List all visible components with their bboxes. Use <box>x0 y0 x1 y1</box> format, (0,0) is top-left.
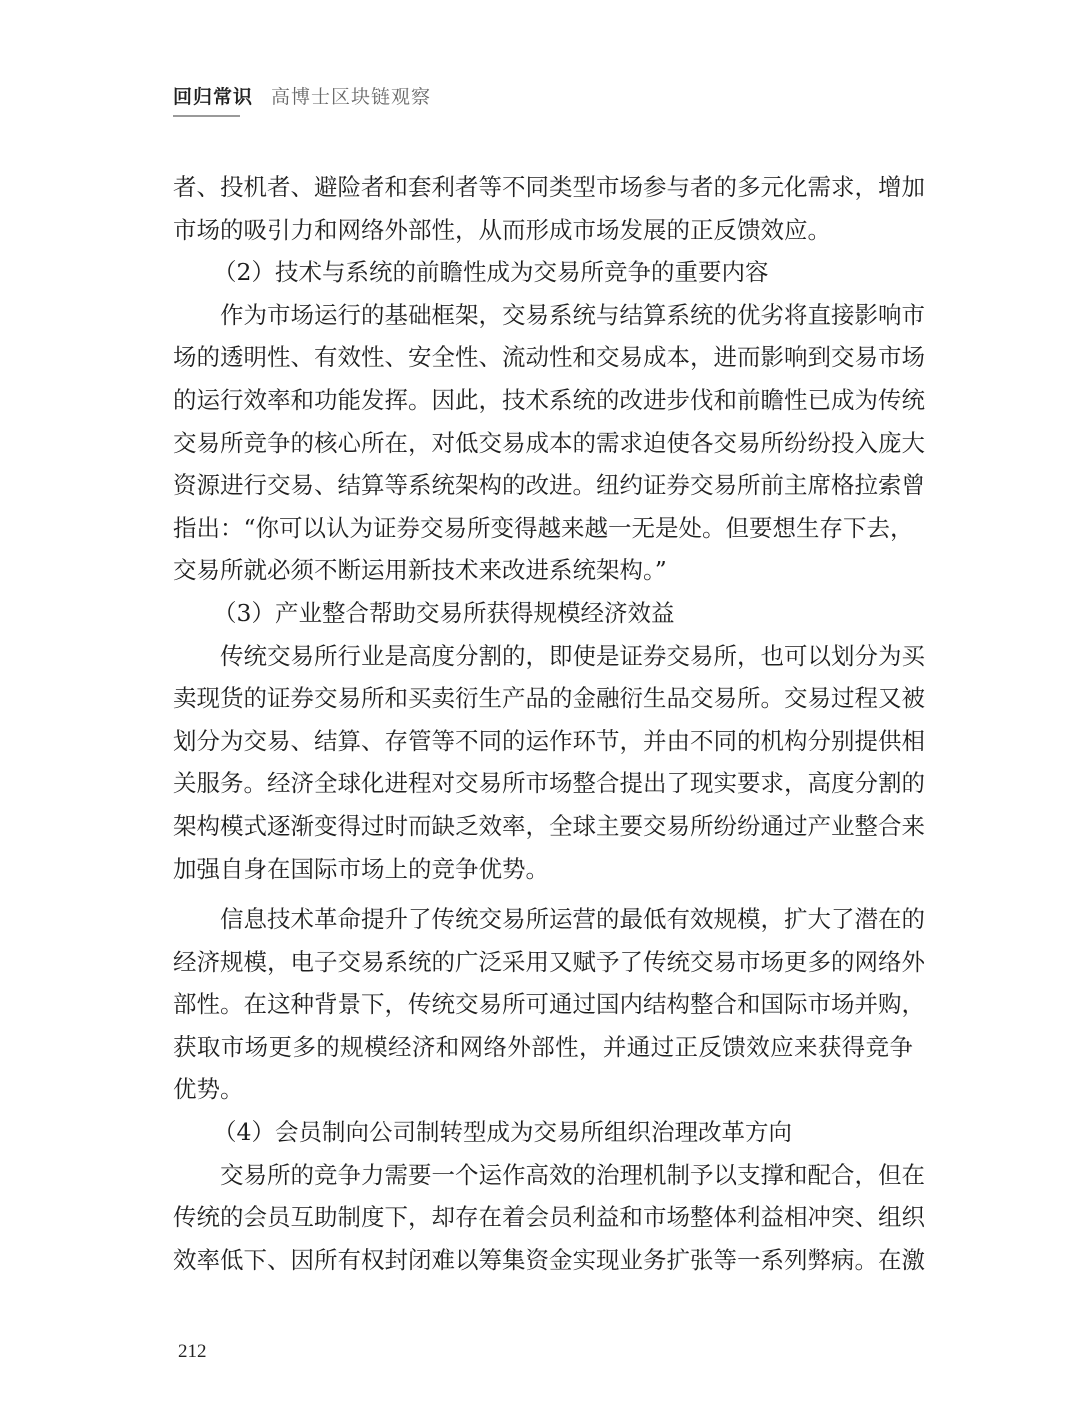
text-line: 交易所竞争的核心所在，对低交易成本的需求迫使各交易所纷纷投入庞大 <box>173 422 913 465</box>
text-line: 架构模式逐渐变得过时而缺乏效率，全球主要交易所纷纷通过产业整合来 <box>173 805 913 848</box>
page-number: 212 <box>178 1341 207 1363</box>
body-text: 者、投机者、避险者和套利者等不同类型市场参与者的多元化需求，增加 市场的吸引力和… <box>173 166 913 1281</box>
text-line: 优势。 <box>173 1068 913 1111</box>
text-line: 信息技术革命提升了传统交易所运营的最低有效规模，扩大了潜在的 <box>173 898 913 941</box>
text-line: 场的透明性、有效性、安全性、流动性和交易成本，进而影响到交易市场 <box>173 336 913 379</box>
text-line: 效率低下、因所有权封闭难以筹集资金实现业务扩张等一系列弊病。在激 <box>173 1239 913 1282</box>
text-line: 划分为交易、结算、存管等不同的运作环节，并由不同的机构分别提供相 <box>173 720 913 763</box>
text-line: 部性。在这种背景下，传统交易所可通过国内结构整合和国际市场并购， <box>173 983 913 1026</box>
text-line: 传统的会员互助制度下，却存在着会员利益和市场整体利益相冲突、组织 <box>173 1196 913 1239</box>
running-header: 回归常识 高博士区块链观察 <box>173 82 431 109</box>
section-heading-2: （2）技术与系统的前瞻性成为交易所竞争的重要内容 <box>173 251 913 294</box>
section-heading-4: （4）会员制向公司制转型成为交易所组织治理改革方向 <box>173 1111 913 1154</box>
book-title: 回归常识 <box>173 82 253 109</box>
text-line: 卖现货的证券交易所和买卖衍生产品的金融衍生品交易所。交易过程又被 <box>173 677 913 720</box>
text-line: 交易所就必须不断运用新技术来改进系统架构。” <box>173 549 913 592</box>
book-subtitle: 高博士区块链观察 <box>271 82 431 109</box>
text-line: 市场的吸引力和网络外部性，从而形成市场发展的正反馈效应。 <box>173 209 913 252</box>
text-line: 经济规模，电子交易系统的广泛采用又赋予了传统交易市场更多的网络外 <box>173 941 913 984</box>
text-line: 获取市场更多的规模经济和网络外部性，并通过正反馈效应来获得竞争 <box>173 1026 913 1069</box>
text-line: 关服务。经济全球化进程对交易所市场整合提出了现实要求，高度分割的 <box>173 762 913 805</box>
text-line: 交易所的竞争力需要一个运作高效的治理机制予以支撑和配合，但在 <box>173 1154 913 1197</box>
text-line: 指出：“你可以认为证券交易所变得越来越一无是处。但要想生存下去， <box>173 507 913 550</box>
text-line: 传统交易所行业是高度分割的，即使是证券交易所，也可以划分为买 <box>173 635 913 678</box>
text-line: 的运行效率和功能发挥。因此，技术系统的改进步伐和前瞻性已成为传统 <box>173 379 913 422</box>
header-underline <box>173 115 240 117</box>
section-heading-3: （3）产业整合帮助交易所获得规模经济效益 <box>173 592 913 635</box>
paragraph-gap <box>173 890 913 898</box>
text-line: 作为市场运行的基础框架，交易系统与结算系统的优劣将直接影响市 <box>173 294 913 337</box>
text-line: 资源进行交易、结算等系统架构的改进。纽约证券交易所前主席格拉索曾 <box>173 464 913 507</box>
text-line: 者、投机者、避险者和套利者等不同类型市场参与者的多元化需求，增加 <box>173 166 913 209</box>
text-line: 加强自身在国际市场上的竞争优势。 <box>173 848 913 891</box>
